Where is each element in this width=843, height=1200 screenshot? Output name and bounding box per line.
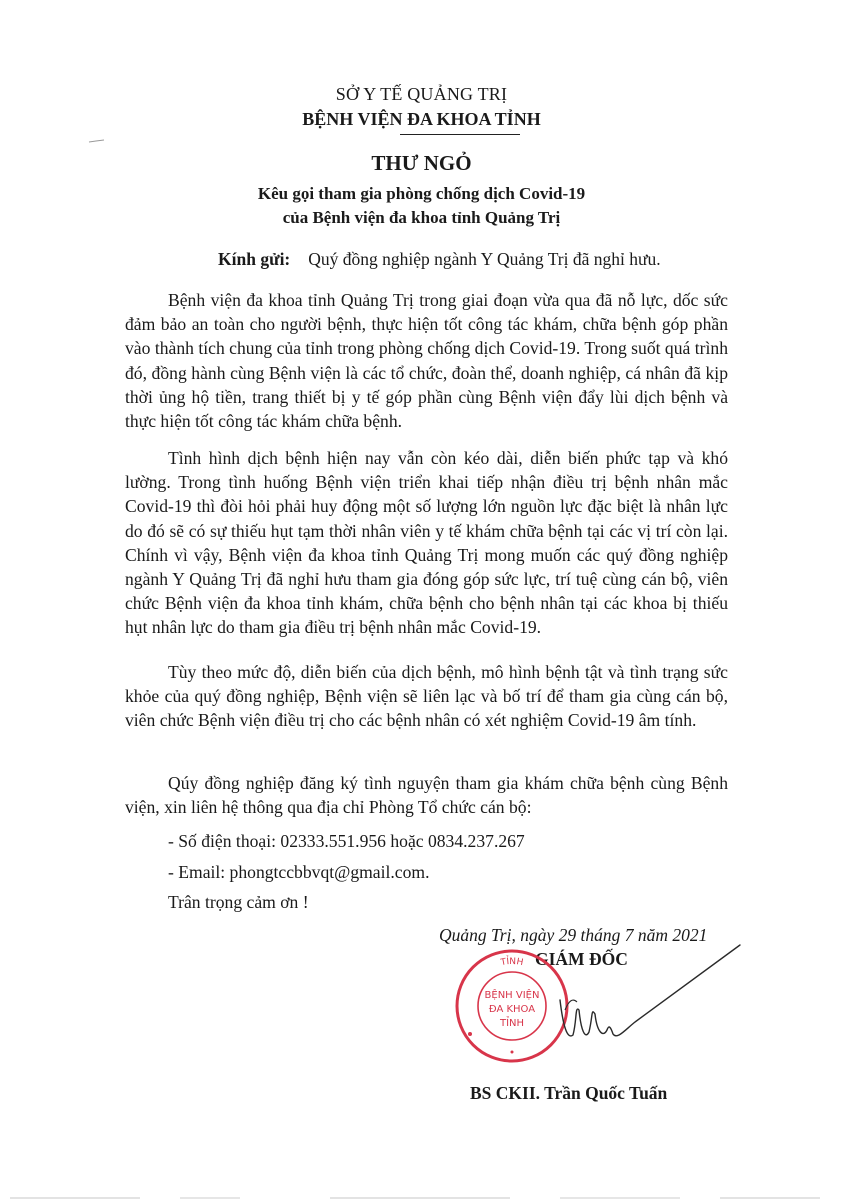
greeting-recipient: Quý đồng nghiệp ngành Y Quảng Trị đã ngh… — [308, 249, 660, 269]
organization-name: BỆNH VIỆN ĐA KHOA TỈNH — [0, 109, 843, 130]
scan-bottom-edge — [0, 1194, 843, 1200]
svg-text:BỆNH VIỆN: BỆNH VIỆN — [485, 988, 540, 1001]
agency-name: SỞ Y TẾ QUẢNG TRỊ — [0, 84, 843, 105]
signature-icon — [555, 940, 755, 1060]
scan-mark — [88, 138, 106, 144]
letter-subtitle-line1: Kêu gọi tham gia phòng chống dịch Covid-… — [0, 184, 843, 204]
letter-title: THƯ NGỎ — [0, 151, 843, 176]
paragraph-4: Qúy đồng nghiệp đăng ký tình nguyện tham… — [125, 771, 728, 819]
official-seal-icon: TỈNH BỆNH VIỆN ĐA KHOA TỈNH — [452, 946, 572, 1066]
contact-phone: - Số điện thoại: 02333.551.956 hoặc 0834… — [168, 831, 525, 852]
paragraph-2: Tình hình dịch bệnh hiện nay vẫn còn kéo… — [125, 446, 728, 640]
svg-text:TỈNH: TỈNH — [499, 955, 524, 968]
svg-text:TỈNH: TỈNH — [499, 1015, 524, 1029]
header-underline — [400, 134, 520, 135]
svg-text:ĐA KHOA: ĐA KHOA — [489, 1004, 535, 1015]
document-page: SỞ Y TẾ QUẢNG TRỊ BỆNH VIỆN ĐA KHOA TỈNH… — [0, 0, 843, 1200]
paragraph-1: Bệnh viện đa khoa tỉnh Quảng Trị trong g… — [125, 288, 728, 433]
closing-thanks: Trân trọng cảm ơn ! — [168, 892, 309, 913]
greeting-label: Kính gửi: — [218, 249, 290, 269]
signer-name: BS CKII. Trần Quốc Tuấn — [470, 1083, 667, 1104]
paragraph-3: Tùy theo mức độ, diễn biến của dịch bệnh… — [125, 660, 728, 733]
letter-subtitle-line2: của Bệnh viện đa khoa tỉnh Quảng Trị — [0, 208, 843, 228]
contact-email: - Email: phongtccbbvqt@gmail.com. — [168, 862, 429, 883]
greeting: Kính gửi:Quý đồng nghiệp ngành Y Quảng T… — [218, 249, 661, 270]
